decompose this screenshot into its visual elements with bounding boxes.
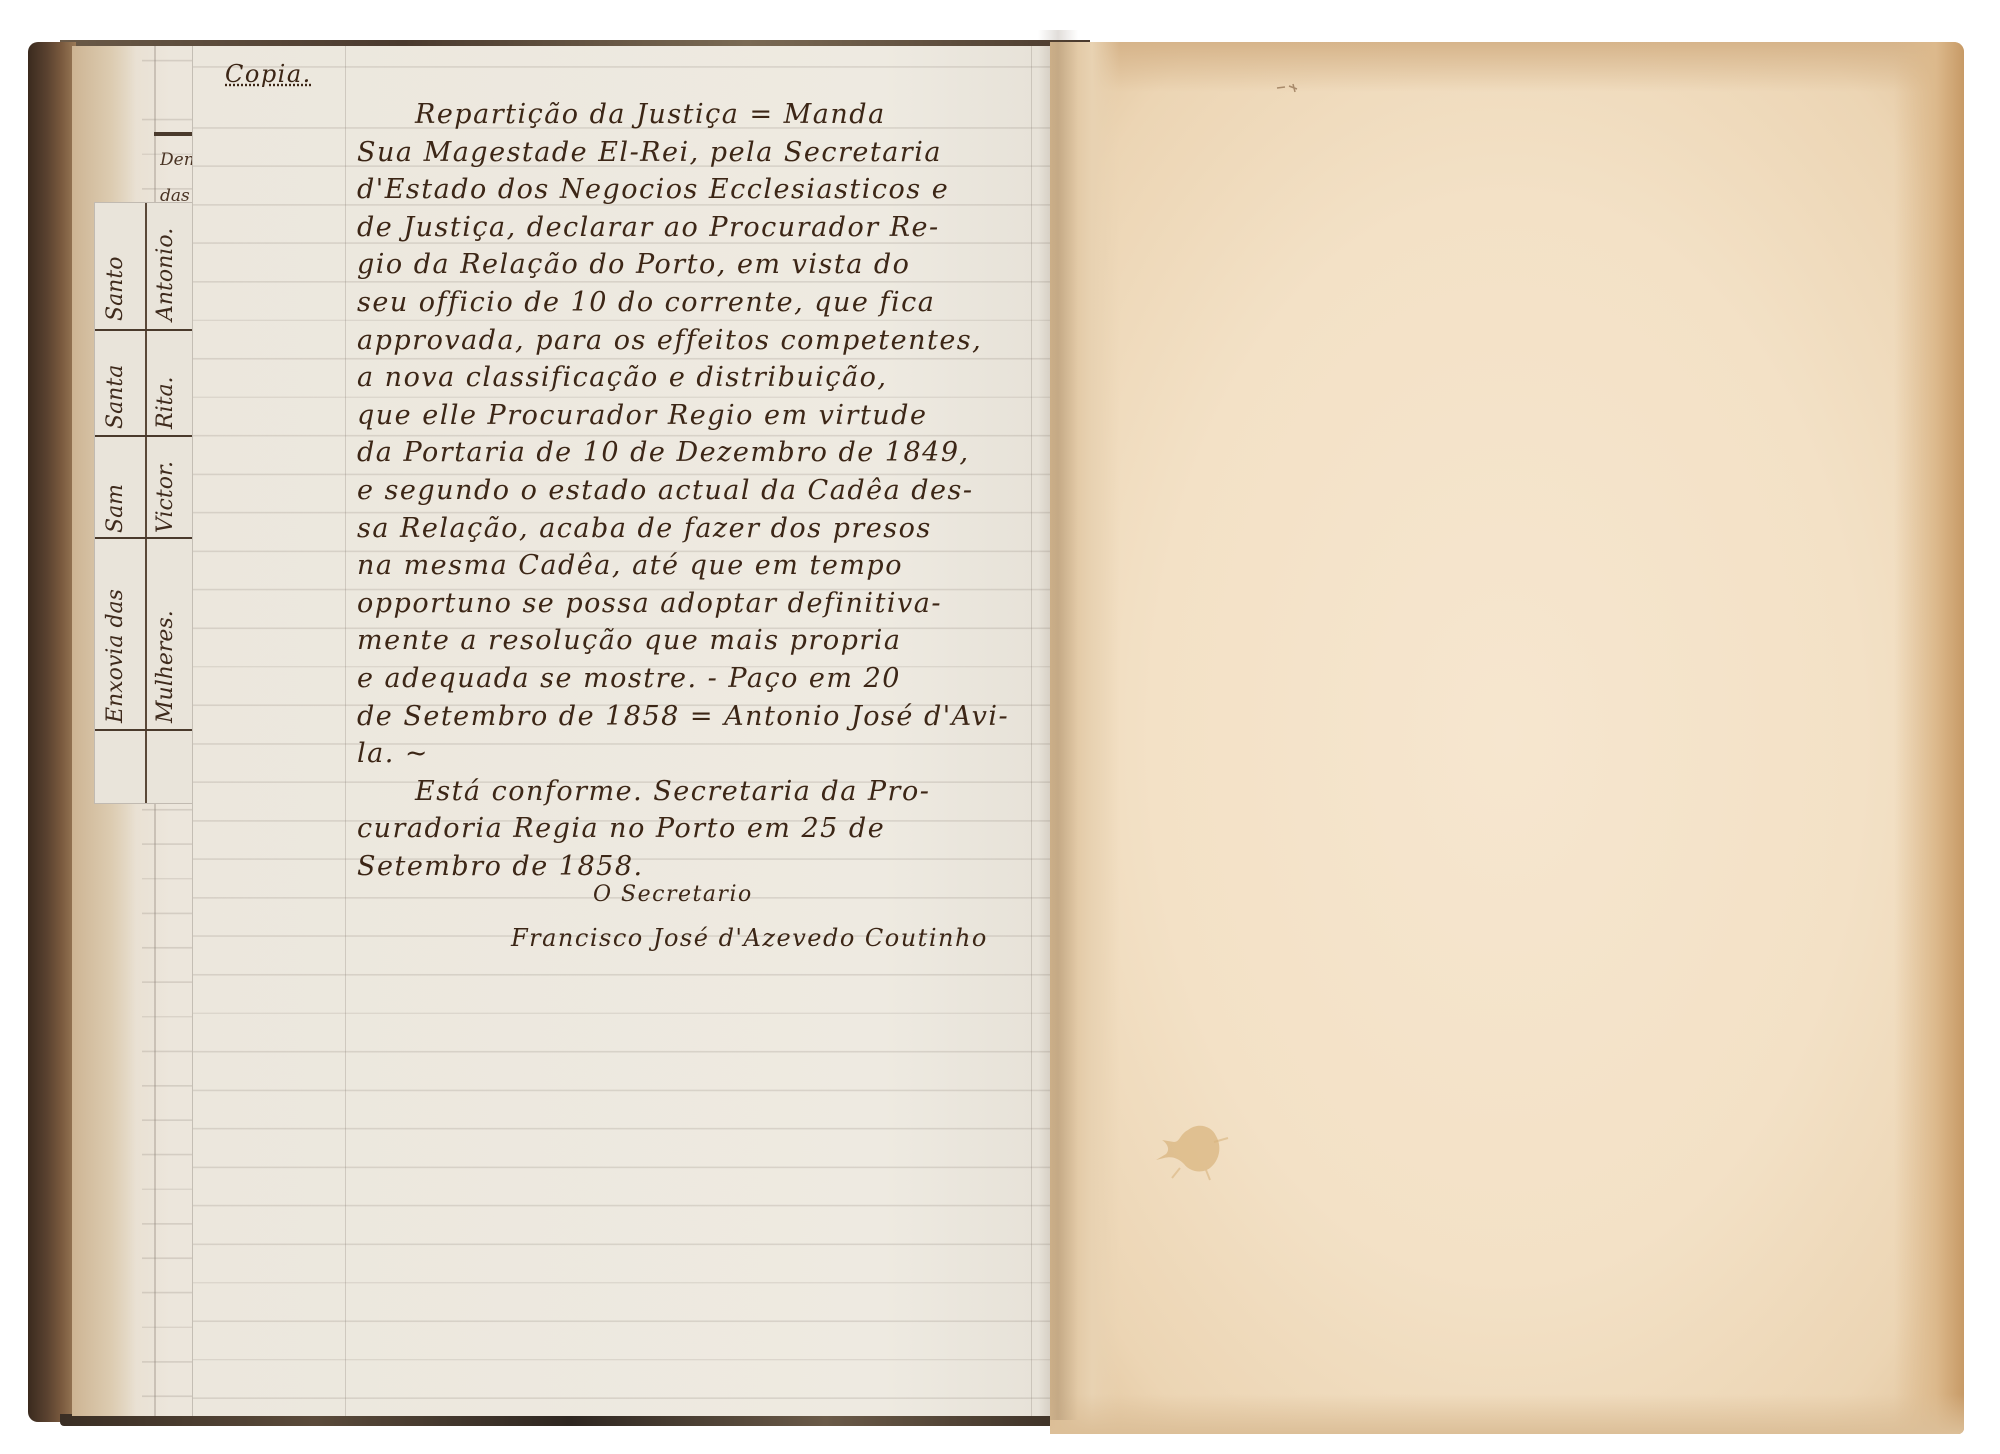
letter-line: mente a resolução que mais propria <box>357 622 1037 660</box>
letter-line: e adequada se mostre. - Paço em 20 <box>357 660 1037 698</box>
pasted-slip: Santo Antonio. Santa Rita. Sam Victor. E… <box>94 202 196 804</box>
slip-row-4-col-a: Enxovia das <box>103 589 128 723</box>
letter-line: opportuno se possa adoptar definitiva- <box>357 585 1037 623</box>
slip-row-1-col-a: Santo <box>103 257 128 321</box>
letter-line: gio da Relação do Porto, em vista do <box>357 246 1037 284</box>
letter-line: Repartição da Justiça = Manda <box>357 96 1037 134</box>
slip-row-4-col-b: Mulheres. <box>153 610 178 723</box>
right-page <box>1050 42 1964 1434</box>
slip-row-divider <box>95 329 195 331</box>
letter-line: a nova classificação e distribuição, <box>357 359 1037 397</box>
pasted-letter: Copia. Repartição da Justiça = Manda Sua… <box>192 46 1055 1416</box>
letter-body: Repartição da Justiça = Manda Sua Magest… <box>357 96 1037 885</box>
letter-line: da Portaria de 10 de Dezembro de 1849, <box>357 434 1037 472</box>
ledger-spread: Denomina das priso Santo Antonio. Santa … <box>0 0 2000 1454</box>
letter-line: d'Estado dos Negocios Ecclesiasticos e <box>357 171 1037 209</box>
letter-line: na mesma Cadêa, até que em tempo <box>357 547 1037 585</box>
signature-title: O Secretario <box>593 882 753 907</box>
letter-heading: Copia. <box>225 60 312 88</box>
letter-line: la. ~ <box>357 735 1037 773</box>
letter-line: de Setembro de 1858 = Antonio José d'Avi… <box>357 698 1037 736</box>
slip-row-3-col-a: Sam <box>103 484 128 533</box>
margin-rule <box>345 46 346 1416</box>
attestation-line: curadoria Regia no Porto em 25 de <box>357 810 1037 848</box>
attestation-line: Setembro de 1858. <box>357 848 1037 886</box>
letter-line: de Justiça, declarar ao Procurador Re- <box>357 209 1037 247</box>
letter-line: sa Relação, acaba de fazer dos presos <box>357 510 1037 548</box>
letter-line: Sua Magestade El-Rei, pela Secretaria <box>357 134 1037 172</box>
page-edge-stain <box>1894 42 1964 1434</box>
slip-row-divider <box>95 435 195 437</box>
slip-row-3-col-b: Victor. <box>153 461 178 533</box>
letter-line: approvada, para os effeitos competentes, <box>357 322 1037 360</box>
slip-column-divider <box>145 203 147 803</box>
book-gutter-shadow <box>1038 30 1078 1420</box>
foxing-mark-icon <box>1275 82 1305 94</box>
signature-name: Francisco José d'Azevedo Coutinho <box>511 924 988 952</box>
letter-line: e segundo o estado actual da Cadêa des- <box>357 472 1037 510</box>
slip-row-2-col-b: Rita. <box>153 376 178 429</box>
letter-line: seu officio de 10 do corrente, que fica <box>357 284 1037 322</box>
book-binding-left <box>28 42 76 1422</box>
page-edge-stain <box>1050 42 1964 92</box>
ink-blot-icon <box>1150 1112 1240 1182</box>
letter-line: que elle Procurador Regio em virtude <box>357 397 1037 435</box>
slip-row-divider <box>95 729 195 731</box>
slip-row-1-col-b: Antonio. <box>153 228 178 321</box>
page-edge-stain <box>1050 1394 1964 1434</box>
slip-row-divider <box>95 537 195 539</box>
attestation-line: Está conforme. Secretaria da Pro- <box>357 773 1037 811</box>
slip-row-2-col-a: Santa <box>103 365 128 429</box>
